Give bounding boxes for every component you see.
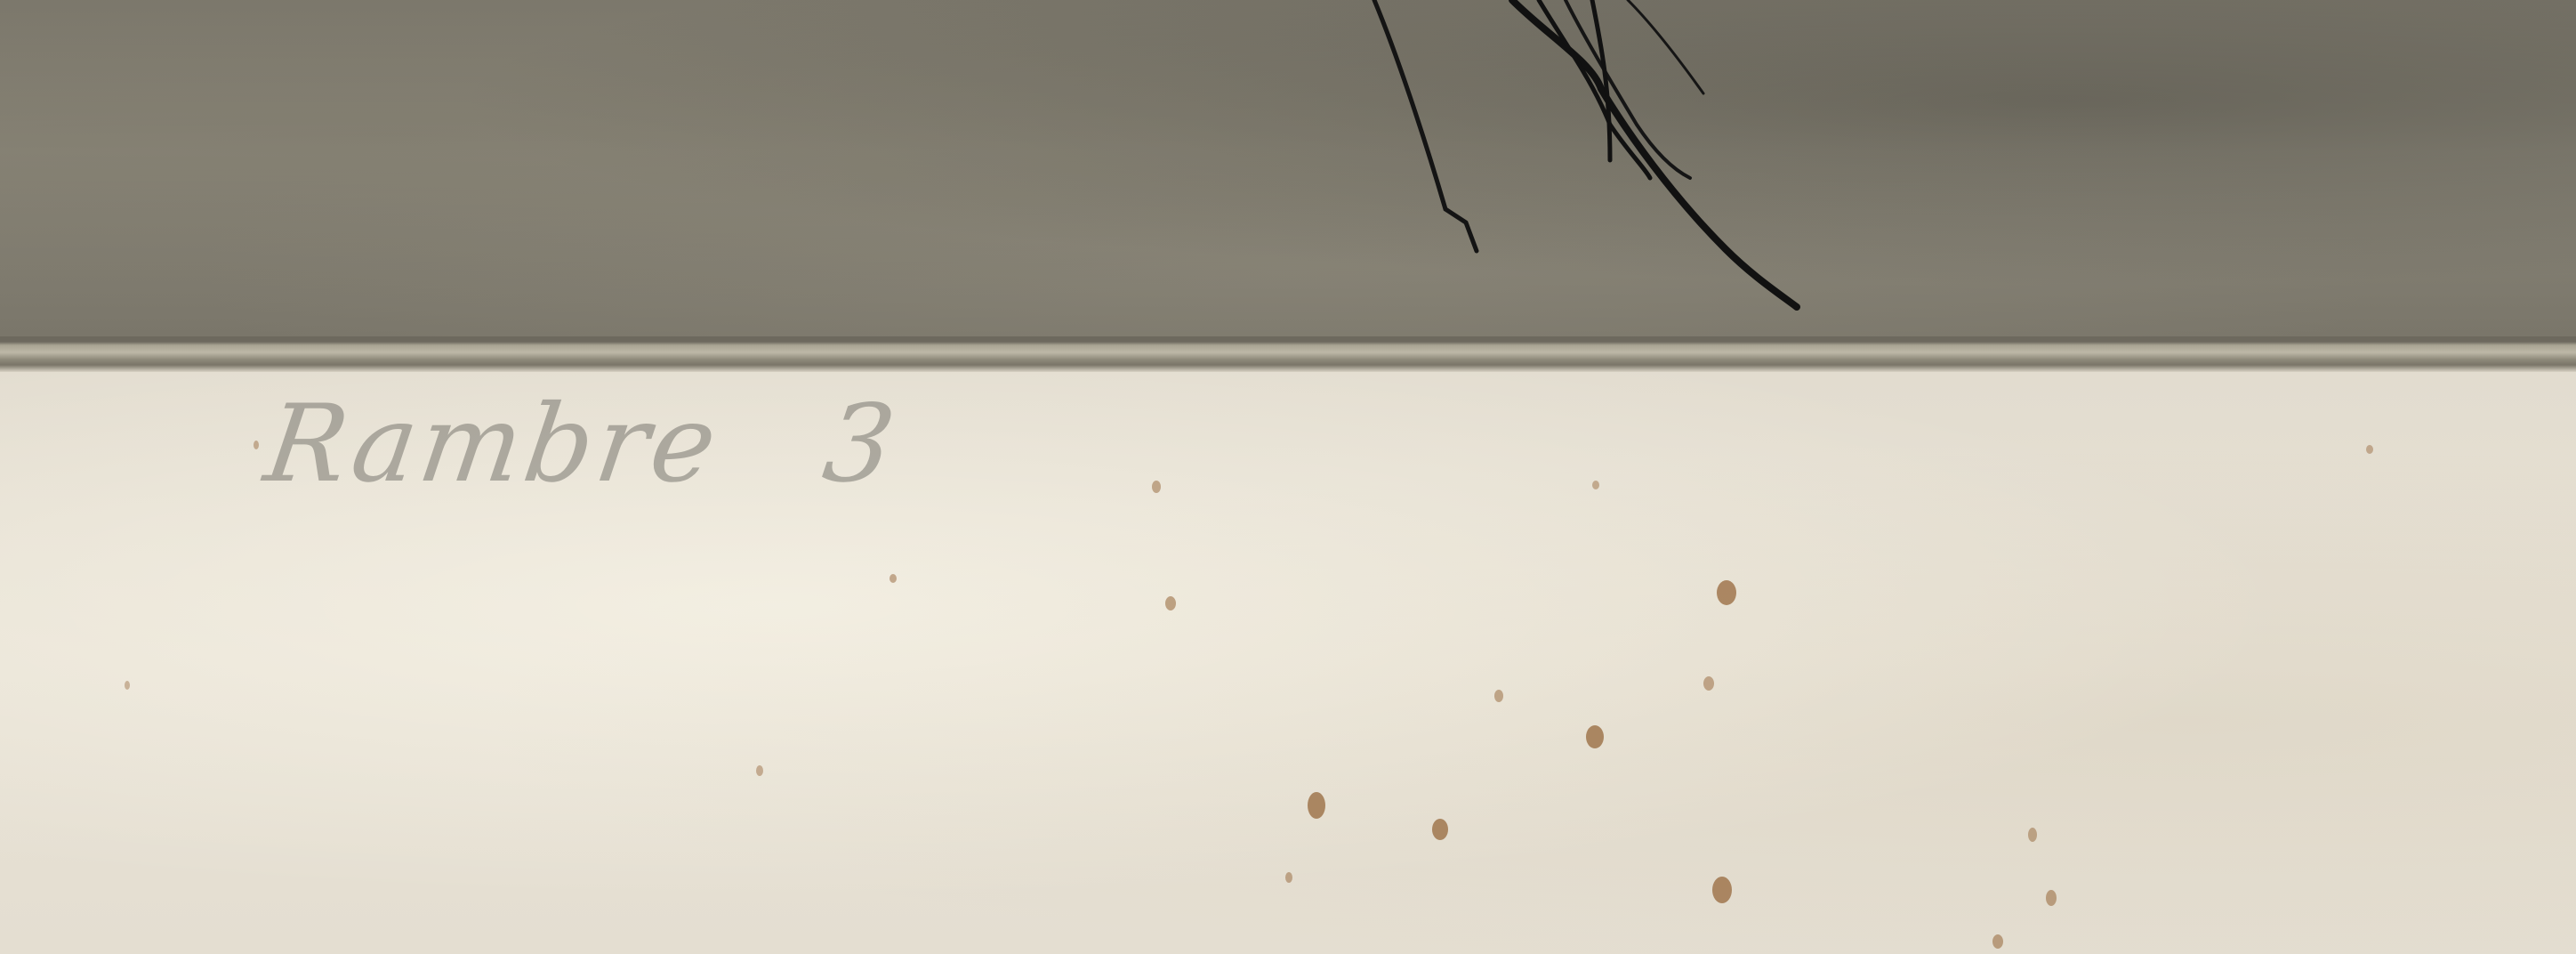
foxing-spot	[2046, 890, 2057, 906]
drypoint-lines	[0, 0, 2576, 336]
foxing-spot	[125, 681, 130, 690]
foxing-spot	[890, 574, 897, 583]
pencil-inscription: Rambre3	[258, 383, 906, 506]
foxing-spot	[1165, 596, 1176, 610]
foxing-spot	[2028, 828, 2037, 842]
foxing-spot	[1494, 690, 1503, 702]
foxing-spot	[1703, 676, 1714, 691]
foxing-spot	[2366, 445, 2373, 454]
foxing-spot	[1432, 819, 1448, 840]
foxing-spot	[1717, 580, 1736, 605]
print-image: Rambre3	[0, 0, 2576, 954]
foxing-spot	[756, 765, 763, 776]
foxing-spot	[1152, 481, 1161, 493]
foxing-spot	[1592, 481, 1599, 489]
inscription-text: Rambre	[258, 383, 727, 506]
foxing-spot	[1586, 725, 1604, 748]
foxing-spot	[1285, 872, 1292, 883]
plate-mark	[0, 336, 2576, 372]
foxing-spot	[1308, 792, 1325, 819]
foxing-spot	[1992, 934, 2003, 949]
foxing-spot	[254, 441, 259, 449]
foxing-spot	[1712, 877, 1732, 903]
